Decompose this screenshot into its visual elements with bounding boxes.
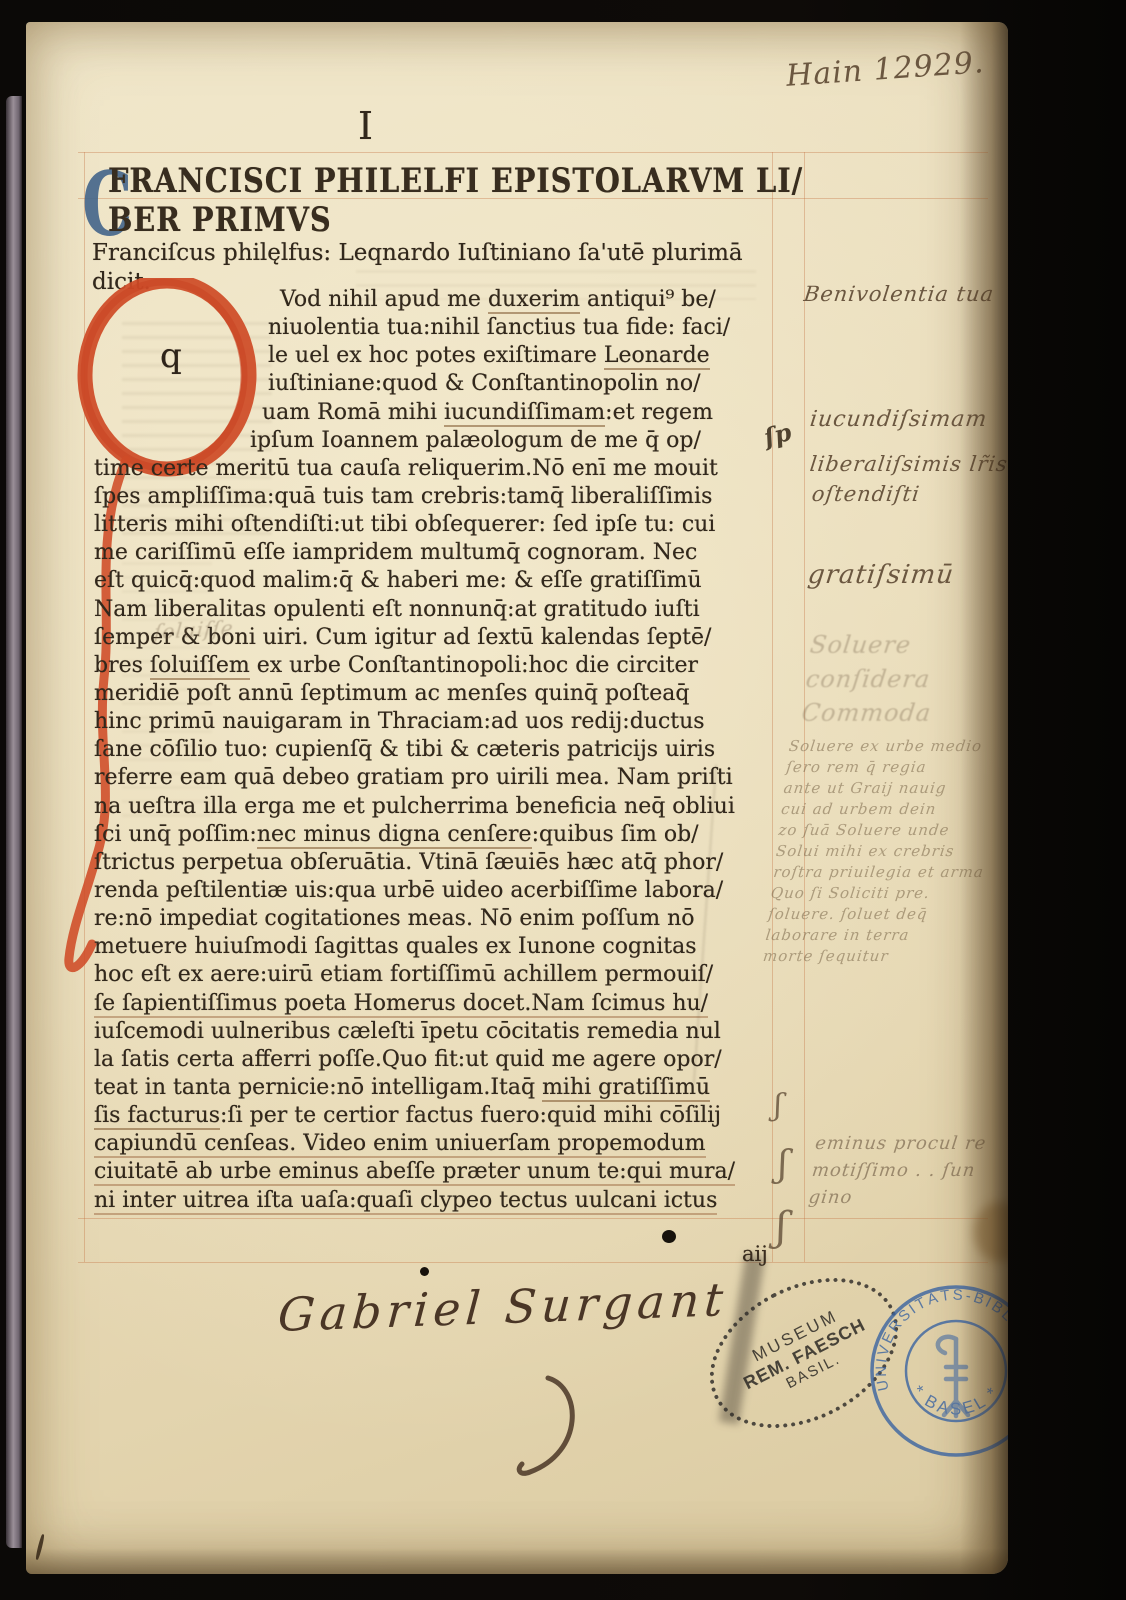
heading-line-1: FRANCISCI PHILELFI EPISTOLARVM LI/ xyxy=(108,162,803,201)
ruled-line-bottom-2 xyxy=(78,1262,988,1263)
text-line: teat in tanta pernicie:nō intelligam.Ita… xyxy=(94,1074,784,1102)
marginal-note-line: gino xyxy=(807,1184,981,1211)
text-line: ſis facturus:ſi per te certior factus fu… xyxy=(94,1102,784,1130)
text-line: hoc eſt ex aere:uirū etiam fortiſſimū ac… xyxy=(94,961,784,989)
marginal-scribble-soluisse: ſoluiſſe xyxy=(153,616,235,644)
text-line: ſpes ampliſſima:quā tuis tam crebris:tam… xyxy=(94,483,784,511)
marginal-faded-word: Commoda xyxy=(800,696,934,730)
pen-flourish-mark: ʃ xyxy=(774,1088,782,1123)
pen-manicule-mark: ſp xyxy=(761,417,794,452)
book-edge-strip xyxy=(6,96,22,1548)
text-line: me cariſſimū eſſe iampridem multumq̄ cog… xyxy=(94,539,784,567)
text-line: ſe ſapientiſſimus poeta Homerus docet.Na… xyxy=(94,990,784,1018)
marginal-note-gratissimum: gratiſsimū xyxy=(806,560,956,590)
text-line: litteris mihi oſtendiſti:ut tibi obſeque… xyxy=(94,511,784,539)
text-line: metuere huiuſmodi ſagittas quales ex Iun… xyxy=(94,933,784,961)
text-line: ipſum Ioannem palæologum de me q̄ op/ xyxy=(94,427,784,455)
text-line: uam Romā mihi iucundiſſimam:et regem xyxy=(94,399,784,427)
page-edge-shadow xyxy=(960,22,1008,1574)
pen-flourish-mark: ʃ xyxy=(778,1144,788,1185)
catalog-note: Hain 12929. xyxy=(785,45,985,94)
page-number: I xyxy=(358,104,373,148)
salutation-line-1: Franciſcus philęlfus: Leqnardo Iuſtinian… xyxy=(92,239,743,268)
text-line: le uel ex hoc potes exiſtimare Leonarde xyxy=(94,342,784,370)
text-line: meridiē poſt annū ſeptimum ac menſes qui… xyxy=(94,680,784,708)
signature-flourish xyxy=(506,1374,596,1494)
pen-flourish-mark: ʃ xyxy=(776,1204,787,1250)
text-line: ſtrictus perpetua obſeruātia. Vtinā ſæui… xyxy=(94,849,784,877)
text-line: ni inter uitrea iſta uaſa:quaſi clypeo t… xyxy=(94,1187,784,1215)
text-line: ſane cōſilio tuo: cupienſq̄ & tibi & cæt… xyxy=(94,736,784,764)
ownership-inscription: Gabriel Surgant xyxy=(276,1272,730,1342)
marginal-gloss-line: roſtra priuilegia et arma xyxy=(772,862,985,883)
text-line: re:nō impediat cogitationes meas. Nō eni… xyxy=(94,905,784,933)
marginal-note-line: motiſſimo . . ſun xyxy=(810,1157,984,1184)
text-line: hinc primū nauigaram in Thraciam:ad uos … xyxy=(94,708,784,736)
text-line: Vod nihil apud me duxerim antiqui⁹ be/ xyxy=(94,286,784,314)
text-line: capiundū cenſeas. Video enim uniuerſam p… xyxy=(94,1130,784,1158)
marginal-gloss-line: Solui mihi ex crebris xyxy=(775,841,988,862)
ruled-line-top-1 xyxy=(78,152,988,153)
ruled-line-bottom-1 xyxy=(78,1218,988,1219)
page-bottom-shadow xyxy=(26,1548,1008,1574)
photo-backdrop: { "catalog_note": "Hain 12929.", "page_n… xyxy=(0,0,1126,1600)
marginal-gloss-line: ſoluere. ſoluet deq̄ xyxy=(767,904,980,925)
marginal-faded-word: conſidera xyxy=(804,662,938,696)
text-line: time certe meritū tua cauſa reliquerim.N… xyxy=(94,455,784,483)
text-line: iuſcemodi uulneribus cæleſti īpetu cōcit… xyxy=(94,1018,784,1046)
marginal-faded-word: Soluere xyxy=(808,628,942,662)
marginal-gloss-line: laborare in terra xyxy=(764,925,977,946)
text-line: ciuitatē ab urbe eminus abeſſe præter un… xyxy=(94,1158,784,1186)
heading-line-2: BER PRIMVS xyxy=(108,201,803,240)
text-line: eſt quicq̄:quod malim:q̄ & haberi me: & … xyxy=(94,567,784,595)
text-line: iuſtiniane:quod & Conſtantinopolin no/ xyxy=(94,370,784,398)
marginal-gloss-line: zo ſuā Soluere unde xyxy=(777,820,990,841)
marginal-gloss-line: morte ſequitur xyxy=(762,946,975,967)
book-page: I Hain 12929. C FRANCISCI PHILELFI EPIST… xyxy=(26,22,1008,1574)
ink-dot xyxy=(420,1267,429,1276)
text-line: ſci unq̄ poſſim:nec minus digna cenſere:… xyxy=(94,821,784,849)
text-line: bres ſoluiſſem ex urbe Conſtantinopoli:h… xyxy=(94,652,784,680)
text-line: niuolentia tua:nihil ſanctius tua fide: … xyxy=(94,314,784,342)
chapter-heading: FRANCISCI PHILELFI EPISTOLARVM LI/ BER P… xyxy=(108,162,803,240)
ink-blot xyxy=(662,1230,676,1243)
text-line: na ueſtra illa erga me et pulcherrima be… xyxy=(94,793,784,821)
text-line: renda peſtilentiæ uis:qua urbē uideo ace… xyxy=(94,877,784,905)
marginal-note-ostendisti: oſtendiſti xyxy=(811,482,922,506)
marginal-gloss-line: Quo ſi Soliciti pre. xyxy=(770,883,983,904)
letter-body: Vod nihil apud me duxerim antiqui⁹ be/ni… xyxy=(94,286,784,1215)
marginal-faded-words: SoluereconſideraCommoda xyxy=(800,628,942,730)
text-line: la ſatis certa afferri poſſe.Quo fit:ut … xyxy=(94,1046,784,1074)
text-line: referre eam quā debeo gratiam pro uirili… xyxy=(94,764,784,792)
